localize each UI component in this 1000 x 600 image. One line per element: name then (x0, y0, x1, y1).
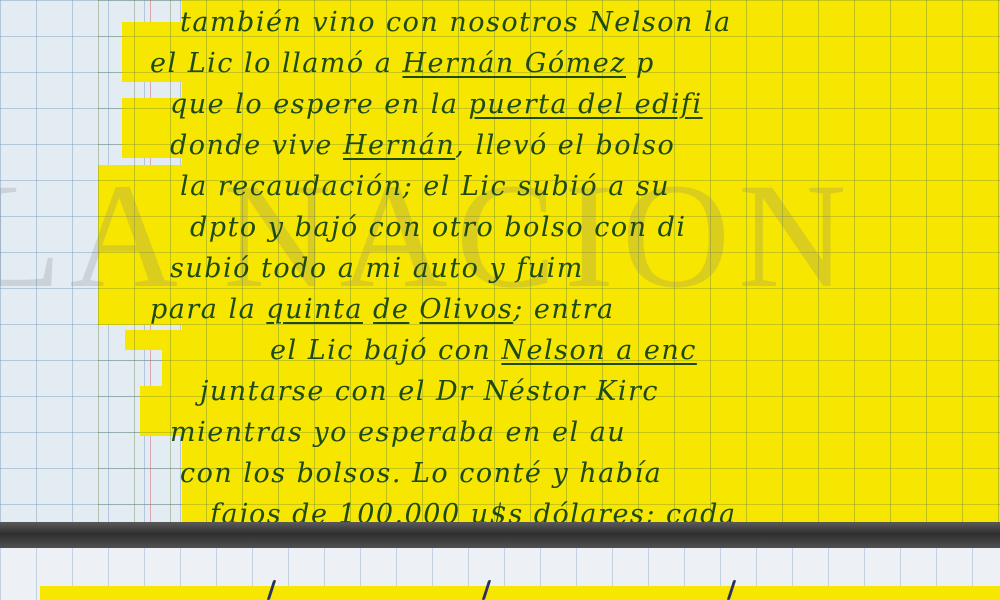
partial-handwriting (110, 570, 910, 600)
notebook-binding (0, 522, 1000, 548)
text-segment: Nelson (589, 7, 694, 38)
text-segment: para la (150, 294, 266, 325)
text-line: subió todo a mi auto y fuim (150, 248, 1000, 289)
underlined-text: de (373, 294, 409, 325)
text-line: que lo espere en la puerta del edifi (150, 84, 1000, 125)
text-line: el Lic bajó con Nelson a enc (150, 330, 1000, 371)
text-line: con los bolsos. Lo conté y había (150, 453, 1000, 494)
text-segment: , llevó el bolso (455, 130, 675, 161)
underlined-text: puerta del edifi (469, 89, 703, 120)
text-line: también vino con nosotros Nelson la (150, 2, 1000, 43)
text-segment: el Lic bajó con (270, 335, 501, 366)
text-segment: donde vive (170, 130, 343, 161)
text-segment (409, 294, 419, 325)
text-segment (363, 294, 373, 325)
text-segment: dpto y bajó con otro bolso con di (190, 212, 687, 243)
text-segment: que lo espere en la (170, 89, 469, 120)
text-segment: también vino con nosotros (180, 7, 589, 38)
text-line: mientras yo esperaba en el au (150, 412, 1000, 453)
text-segment: mientras yo esperaba en el au (170, 417, 626, 448)
text-segment: con los bolsos. Lo conté y había (180, 458, 662, 489)
text-line: juntarse con el Dr Néstor Kirc (150, 371, 1000, 412)
text-segment: el Lic lo llamó a (150, 48, 402, 79)
text-line: la recaudación; el Lic subió a su (150, 166, 1000, 207)
text-segment: la recaudación; el Lic subió a su (180, 171, 670, 202)
text-line: dpto y bajó con otro bolso con di (150, 207, 1000, 248)
underlined-text: quinta (266, 294, 363, 325)
underlined-text: Nelson a enc (501, 335, 697, 366)
notebook-page-bottom (0, 548, 1000, 600)
underlined-text: Hernán (343, 130, 455, 161)
text-line: donde vive Hernán, llevó el bolso (150, 125, 1000, 166)
handwritten-text: también vino con nosotros Nelson lael Li… (150, 2, 1000, 576)
text-line: para la quinta de Olivos; entra (150, 289, 1000, 330)
text-segment: subió todo a mi auto y fuim (170, 253, 584, 284)
underlined-text: Olivos (419, 294, 513, 325)
text-segment: juntarse con el Dr Néstor Kirc (200, 376, 659, 407)
underlined-text: Hernán Gómez (402, 48, 626, 79)
text-segment: ; entra (513, 294, 614, 325)
text-segment: p (626, 48, 655, 79)
text-segment: la (694, 7, 732, 38)
text-line: el Lic lo llamó a Hernán Gómez p (150, 43, 1000, 84)
